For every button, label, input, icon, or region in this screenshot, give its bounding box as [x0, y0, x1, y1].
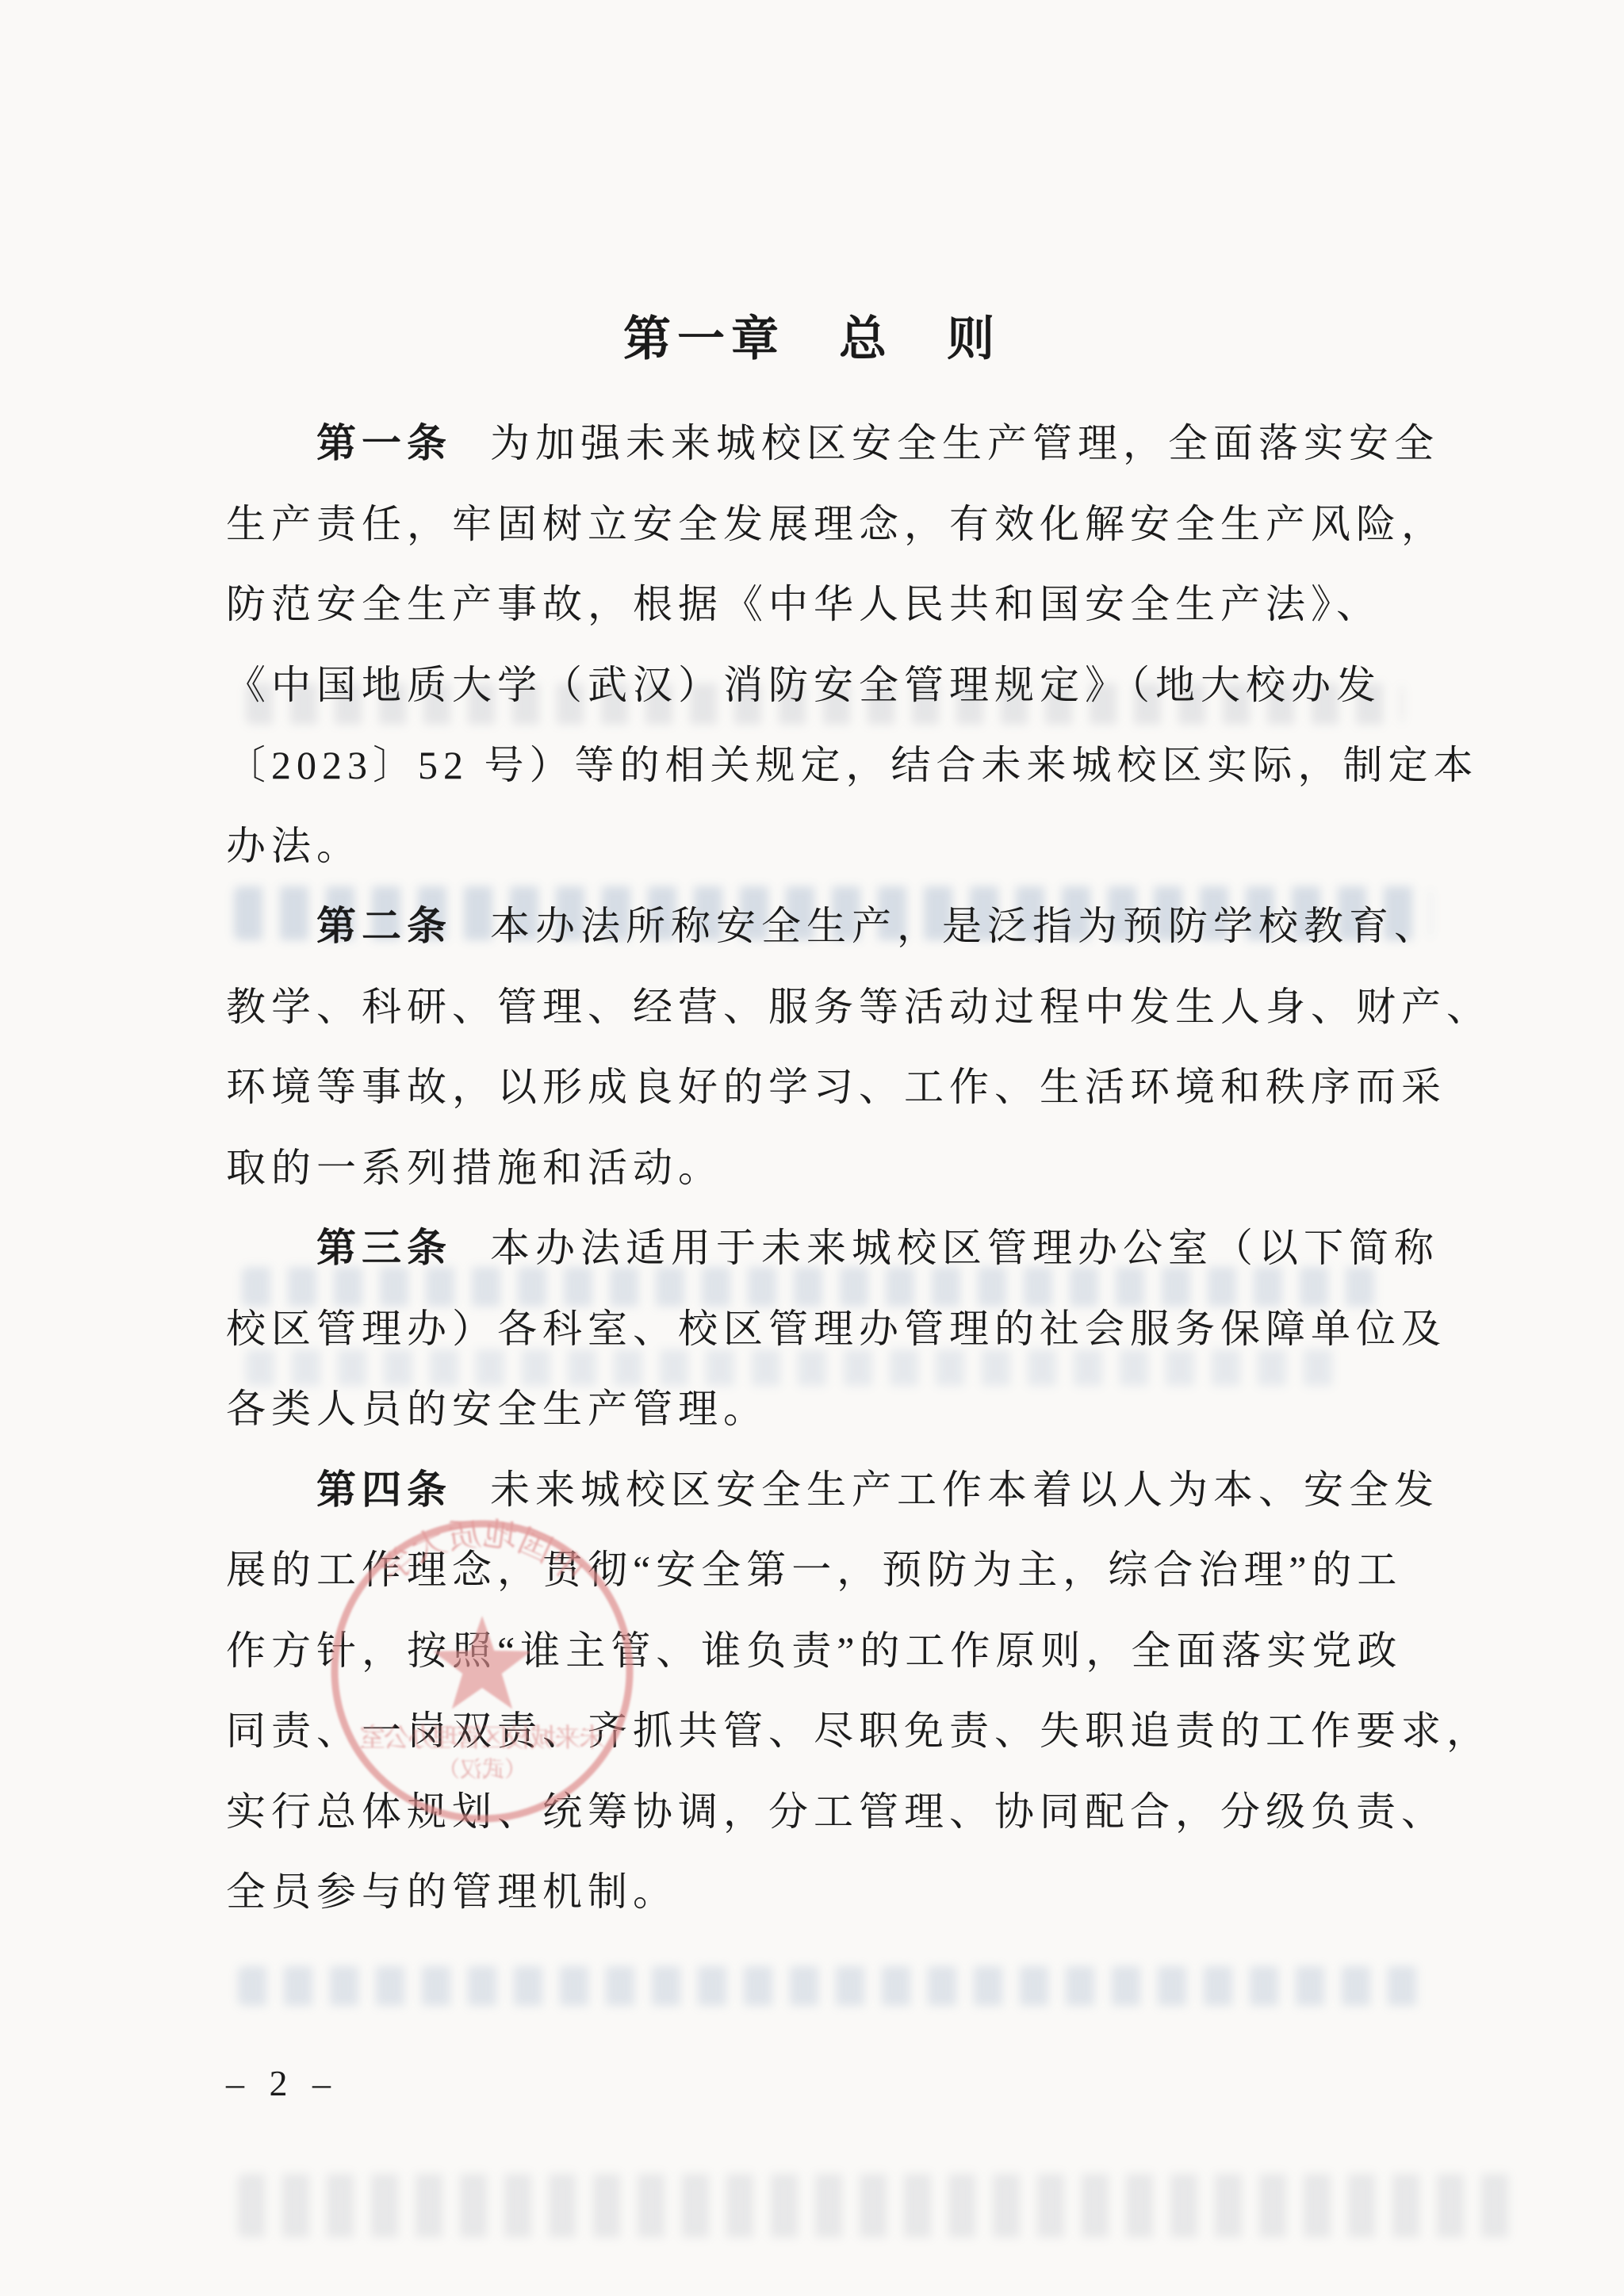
line-text: 教学、科研、管理、经营、服务等活动过程中发生人身、财产、 — [226, 985, 1492, 1029]
text-line: 第二条本办法所称安全生产，是泛指为预防学校教育、 — [226, 886, 1447, 967]
text-line: 《中国地质大学（武汉）消防安全管理规定》（地大校办发 — [226, 645, 1447, 726]
article-lead: 第三条 — [316, 1226, 452, 1270]
text-line: 第三条本办法适用于未来城校区管理办公室（以下简称 — [226, 1208, 1447, 1289]
text-line: 实行总体规划、统筹协调，分工管理、协同配合，分级负责、 — [226, 1772, 1447, 1853]
page-number: – 2 – — [226, 2060, 339, 2107]
line-text: 校区管理办）各科室、校区管理办管理的社会服务保障单位及 — [226, 1307, 1446, 1351]
text-line: 取的一系列措施和活动。 — [226, 1128, 1447, 1209]
line-text: 《中国地质大学（武汉）消防安全管理规定》（地大校办发 — [226, 663, 1381, 707]
chapter-title: 第一章 总 则 — [0, 311, 1624, 368]
text-line: 第四条未来城校区安全生产工作本着以人为本、安全发 — [226, 1450, 1447, 1531]
line-text: 各类人员的安全生产管理。 — [226, 1387, 768, 1431]
text-line: 校区管理办）各科室、校区管理办管理的社会服务保障单位及 — [226, 1289, 1447, 1370]
text-line: 全员参与的管理机制。 — [226, 1852, 1447, 1933]
line-text: 生产责任，牢固树立安全发展理念，有效化解安全生产风险， — [226, 502, 1446, 546]
line-text: 办法。 — [226, 824, 362, 868]
text-line: 各类人员的安全生产管理。 — [226, 1369, 1447, 1450]
article-lead: 第一条 — [316, 421, 452, 465]
article-lead: 第四条 — [316, 1468, 452, 1512]
line-text: 〔2023〕52 号）等的相关规定，结合未来城校区实际，制定本 — [226, 743, 1479, 787]
line-text: 实行总体规划、统筹协调，分工管理、协同配合，分级负责、 — [226, 1789, 1446, 1834]
line-text: 全员参与的管理机制。 — [226, 1869, 678, 1914]
bleed-through-band — [238, 1966, 1427, 2006]
text-line: 教学、科研、管理、经营、服务等活动过程中发生人身、财产、 — [226, 967, 1447, 1048]
article-lead: 第二条 — [316, 904, 452, 948]
line-text: 作方针，按照“谁主管、谁负责”的工作原则，全面落实党政 — [226, 1628, 1402, 1673]
text-line: 〔2023〕52 号）等的相关规定，结合未来城校区实际，制定本 — [226, 725, 1447, 806]
text-line: 展的工作理念，贯彻“安全第一，预防为主，综合治理”的工 — [226, 1530, 1447, 1611]
body-lines: 第一条为加强未来城校区安全生产管理，全面落实安全 生产责任，牢固树立安全发展理念… — [226, 404, 1447, 1933]
line-text: 本办法适用于未来城校区管理办公室（以下简称 — [490, 1226, 1439, 1270]
text-line: 作方针，按照“谁主管、谁负责”的工作原则，全面落实党政 — [226, 1611, 1447, 1692]
text-line: 办法。 — [226, 806, 1447, 887]
line-text: 同责、一岗双责、齐抓共管、尽职免责、失职追责的工作要求， — [226, 1709, 1492, 1753]
line-text: 取的一系列措施和活动。 — [226, 1146, 723, 1190]
bleed-through-band — [238, 2174, 1522, 2237]
scanned-document-page: 第一章 总 则 第一条为加强未来城校区安全生产管理，全面落实安全 生产责任，牢固… — [0, 0, 1624, 2296]
line-text: 本办法所称安全生产，是泛指为预防学校教育、 — [490, 904, 1439, 948]
line-text: 未来城校区安全生产工作本着以人为本、安全发 — [490, 1468, 1439, 1512]
line-text: 展的工作理念，贯彻“安全第一，预防为主，综合治理”的工 — [226, 1548, 1402, 1592]
text-line: 防范安全生产事故，根据《中华人民共和国安全生产法》、 — [226, 564, 1447, 645]
line-text: 环境等事故，以形成良好的学习、工作、生活环境和秩序而采 — [226, 1065, 1446, 1109]
text-line: 环境等事故，以形成良好的学习、工作、生活环境和秩序而采 — [226, 1047, 1447, 1128]
text-line: 第一条为加强未来城校区安全生产管理，全面落实安全 — [226, 404, 1447, 484]
line-text: 防范安全生产事故，根据《中华人民共和国安全生产法》、 — [226, 582, 1381, 626]
text-line: 生产责任，牢固树立安全发展理念，有效化解安全生产风险， — [226, 484, 1447, 565]
text-line: 同责、一岗双责、齐抓共管、尽职免责、失职追责的工作要求， — [226, 1691, 1447, 1772]
line-text: 为加强未来城校区安全生产管理，全面落实安全 — [490, 421, 1439, 465]
